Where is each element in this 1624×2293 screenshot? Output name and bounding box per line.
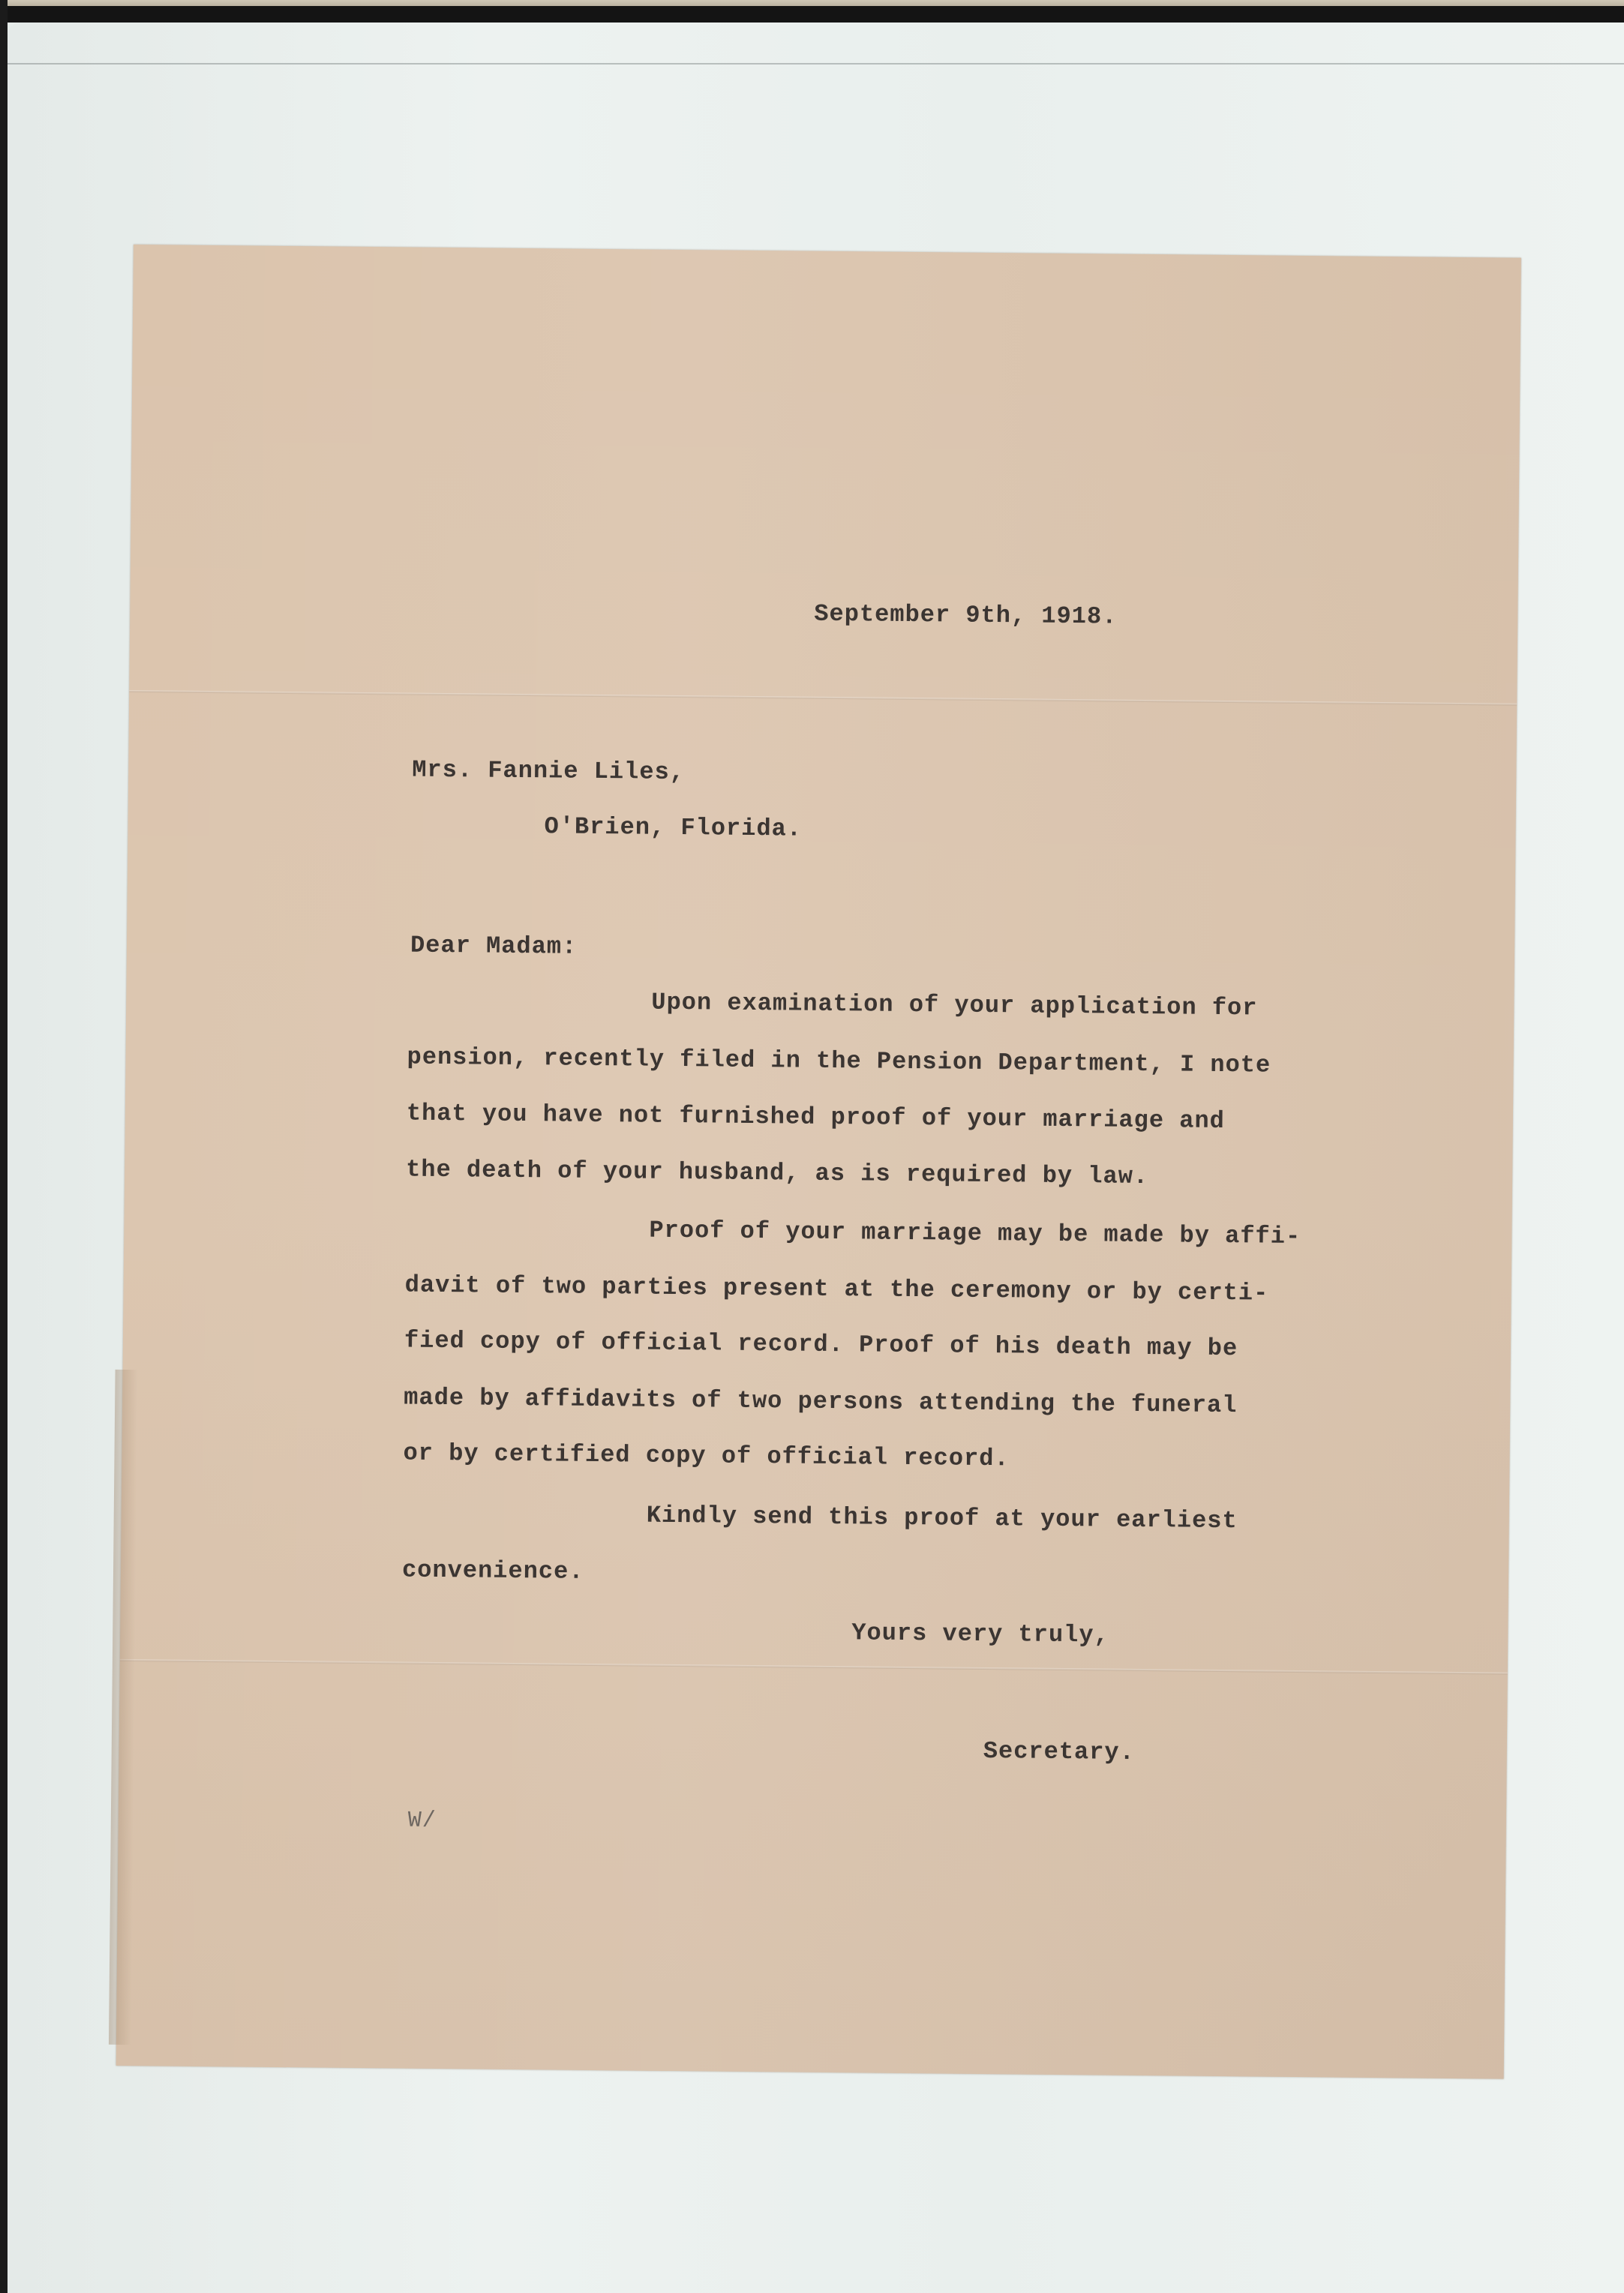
paragraph-2-line-1: Proof of your marriage may be made by af… xyxy=(649,1216,1301,1252)
letter-date: September 9th, 1918. xyxy=(814,599,1117,632)
scanner-left-edge xyxy=(0,0,8,2293)
paragraph-1-line-4: the death of your husband, as is require… xyxy=(406,1155,1148,1193)
scanner-dark-band xyxy=(0,6,1624,23)
salutation: Dear Madam: xyxy=(410,931,578,962)
recipient-location: O'Brien, Florida. xyxy=(544,812,802,844)
recipient-name: Mrs. Fannie Liles, xyxy=(412,755,685,788)
letter-body: September 9th, 1918. Mrs. Fannie Liles, … xyxy=(116,245,1521,2079)
paragraph-2-line-5: or by certified copy of official record. xyxy=(403,1439,1009,1475)
paragraph-2-line-2: davit of two parties present at the cere… xyxy=(405,1271,1269,1309)
paragraph-1-line-1: Upon examination of your application for xyxy=(651,988,1257,1024)
typist-initials: W/ xyxy=(408,1806,437,1836)
paragraph-3-line-1: Kindly send this proof at your earliest xyxy=(647,1501,1238,1537)
paragraph-1-line-2: pension, recently filed in the Pension D… xyxy=(407,1043,1271,1081)
paragraph-3-line-2: convenience. xyxy=(402,1556,584,1587)
closing: Yours very truly, xyxy=(851,1618,1109,1650)
signature-title: Secretary. xyxy=(983,1736,1135,1768)
scanner-bed-crease xyxy=(8,63,1624,65)
letter-paper: September 9th, 1918. Mrs. Fannie Liles, … xyxy=(116,245,1521,2079)
paragraph-2-line-4: made by affidavits of two persons attend… xyxy=(404,1383,1238,1421)
paragraph-2-line-3: fied copy of official record. Proof of h… xyxy=(404,1326,1238,1364)
paragraph-1-line-3: that you have not furnished proof of you… xyxy=(407,1099,1225,1136)
